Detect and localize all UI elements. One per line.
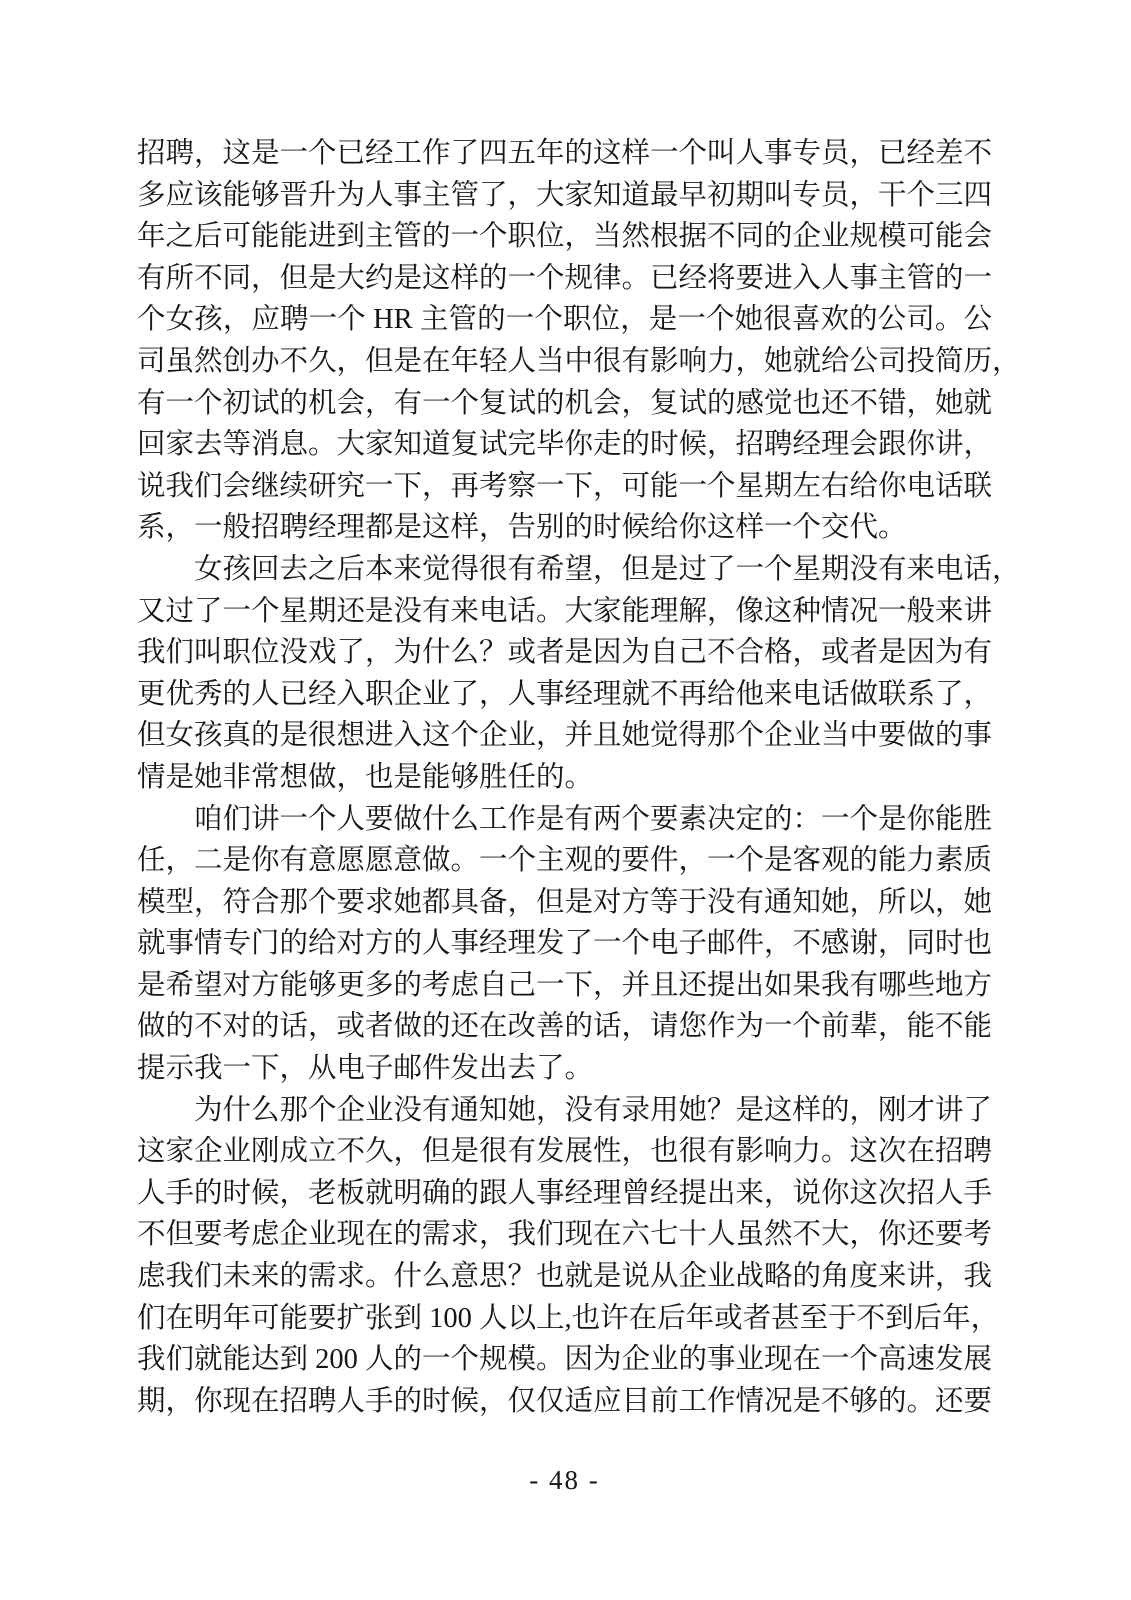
paragraph: 女孩回去之后本来觉得很有希望，但是过了一个星期没有来电话，又过了一个星期还是没有… (137, 549, 992, 799)
text-line: 我们叫职位没戏了，为什么？或者是因为自己不合格，或者是因为有 (137, 632, 992, 674)
text-line: 说我们会继续研究一下，再考察一下，可能一个星期左右给你电话联 (137, 466, 992, 508)
text-line: 更优秀的人已经入职企业了，人事经理就不再给他来电话做联系了， (137, 674, 992, 716)
text-line: 期，你现在招聘人手的时候，仅仅适应目前工作情况是不够的。还要 (137, 1381, 992, 1423)
document-page: 招聘，这是一个已经工作了四五年的这样一个叫人事专员，已经差不多应该能够晋升为人事… (0, 0, 1131, 1600)
text-line: 做的不对的话，或者做的还在改善的话，请您作为一个前辈，能不能 (137, 1006, 992, 1048)
page-body-text: 招聘，这是一个已经工作了四五年的这样一个叫人事专员，已经差不多应该能够晋升为人事… (137, 133, 992, 1422)
text-line: 就事情专门的给对方的人事经理发了一个电子邮件，不感谢，同时也 (137, 923, 992, 965)
text-line: 不但要考虑企业现在的需求，我们现在六七十人虽然不大，你还要考 (137, 1214, 992, 1256)
text-line: 提示我一下，从电子邮件发出去了。 (137, 1048, 992, 1090)
page-number: - 48 - (529, 1465, 599, 1495)
text-line: 有一个初试的机会，有一个复试的机会，复试的感觉也还不错，她就 (137, 383, 992, 425)
page-footer: - 48 - (137, 1460, 992, 1500)
paragraph: 咱们讲一个人要做什么工作是有两个要素决定的：一个是你能胜任，二是你有意愿愿意做。… (137, 799, 992, 1090)
text-line: 女孩回去之后本来觉得很有希望，但是过了一个星期没有来电话， (137, 549, 992, 591)
text-line: 我们就能达到 200 人的一个规模。因为企业的事业现在一个高速发展 (137, 1339, 992, 1381)
text-line: 人手的时候，老板就明确的跟人事经理曾经提出来，说你这次招人手 (137, 1173, 992, 1215)
paragraph: 招聘，这是一个已经工作了四五年的这样一个叫人事专员，已经差不多应该能够晋升为人事… (137, 133, 992, 549)
text-line: 多应该能够晋升为人事主管了，大家知道最早初期叫专员，干个三四 (137, 175, 992, 217)
text-line: 任，二是你有意愿愿意做。一个主观的要件，一个是客观的能力素质 (137, 840, 992, 882)
paragraph: 为什么那个企业没有通知她，没有录用她？是这样的，刚才讲了这家企业刚成立不久，但是… (137, 1090, 992, 1423)
text-line: 又过了一个星期还是没有来电话。大家能理解，像这种情况一般来讲 (137, 591, 992, 633)
text-line: 回家去等消息。大家知道复试完毕你走的时候，招聘经理会跟你讲， (137, 424, 992, 466)
text-line: 个女孩，应聘一个 HR 主管的一个职位，是一个她很喜欢的公司。公 (137, 299, 992, 341)
text-line: 情是她非常想做，也是能够胜任的。 (137, 757, 992, 799)
text-line: 咱们讲一个人要做什么工作是有两个要素决定的：一个是你能胜 (137, 799, 992, 841)
text-line: 是希望对方能够更多的考虑自己一下，并且还提出如果我有哪些地方 (137, 965, 992, 1007)
text-line: 为什么那个企业没有通知她，没有录用她？是这样的，刚才讲了 (137, 1090, 992, 1132)
text-line: 招聘，这是一个已经工作了四五年的这样一个叫人事专员，已经差不 (137, 133, 992, 175)
text-line: 司虽然创办不久，但是在年轻人当中很有影响力，她就给公司投简历， (137, 341, 992, 383)
text-line: 模型，符合那个要求她都具备，但是对方等于没有通知她，所以，她 (137, 882, 992, 924)
text-line: 虑我们未来的需求。什么意思？也就是说从企业战略的角度来讲，我 (137, 1256, 992, 1298)
text-line: 系，一般招聘经理都是这样，告别的时候给你这样一个交代。 (137, 507, 992, 549)
text-line: 这家企业刚成立不久，但是很有发展性，也很有影响力。这次在招聘 (137, 1131, 992, 1173)
text-line: 们在明年可能要扩张到 100 人以上,也许在后年或者甚至于不到后年， (137, 1298, 992, 1340)
text-line: 但女孩真的是很想进入这个企业，并且她觉得那个企业当中要做的事 (137, 715, 992, 757)
text-line: 年之后可能能进到主管的一个职位，当然根据不同的企业规模可能会 (137, 216, 992, 258)
text-line: 有所不同，但是大约是这样的一个规律。已经将要进入人事主管的一 (137, 258, 992, 300)
